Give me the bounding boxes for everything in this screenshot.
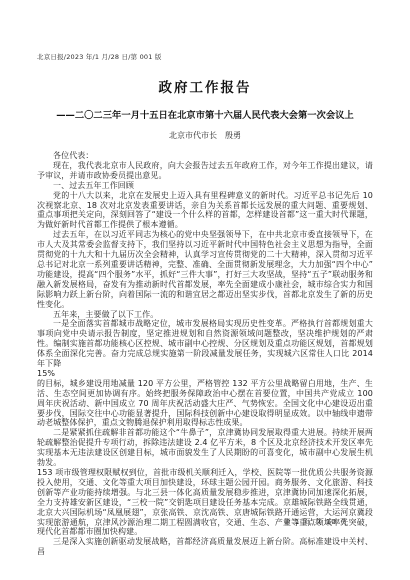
body-paragraph: 二是紧紧抓住疏解非首都功能这个“牛鼻子”，京津冀协同发展取得重大进展。持续开展两…: [37, 428, 373, 468]
report-subtitle: ——二〇二三年一月十五日在北京市第十六届人民代表大会第一次会议上: [37, 107, 373, 121]
report-byline: 北京市代市长 殷勇: [37, 130, 373, 141]
page-number: 第 1 页 共 10 页: [284, 517, 349, 527]
newspaper-source-line: 北京日报/2023 年/1 月/28 日/第 001 版: [37, 52, 373, 61]
body-paragraph: 现在，我代表北京市人民政府，向大会报告过去五年政府工作，对今年工作提出建议，请予…: [37, 161, 373, 181]
body-paragraph: 各位代表：: [37, 151, 373, 161]
body-paragraph: 一是全面落实首都城市战略定位，城市发展格局实现历史性变革。严格执行首都规划重大事…: [37, 319, 373, 369]
body-paragraph: 一、过去五年工作回顾: [37, 181, 373, 191]
report-title: 政府工作报告: [37, 76, 373, 96]
body-paragraph: 15%: [37, 369, 373, 379]
body-paragraph: 三是深入实施创新驱动发展战略，首都经济高质量发展迈上新台阶。高标准建设中关村、昌: [37, 537, 373, 557]
body-paragraph: 五年来，主要做了以下工作。: [37, 310, 373, 320]
body-paragraph: 的目标，城乡建设用地减量 120 平方公里，严格管控 132 平方公里战略留白用…: [37, 379, 373, 429]
report-body: 各位代表：现在，我代表北京市人民政府，向大会报告过去五年政府工作，对今年工作提出…: [37, 151, 373, 557]
body-paragraph: 党的十八大以来，北京在发展史上迈入具有里程碑意义的新时代。习近平总书记先后 10…: [37, 191, 373, 231]
document-page: 北京日报/2023 年/1 月/28 日/第 001 版 政府工作报告 ——二〇…: [0, 0, 410, 580]
body-paragraph: 过去五年，在以习近平同志为核心的党中央坚强领导下，在中共北京市委直接领导下，在市…: [37, 230, 373, 309]
